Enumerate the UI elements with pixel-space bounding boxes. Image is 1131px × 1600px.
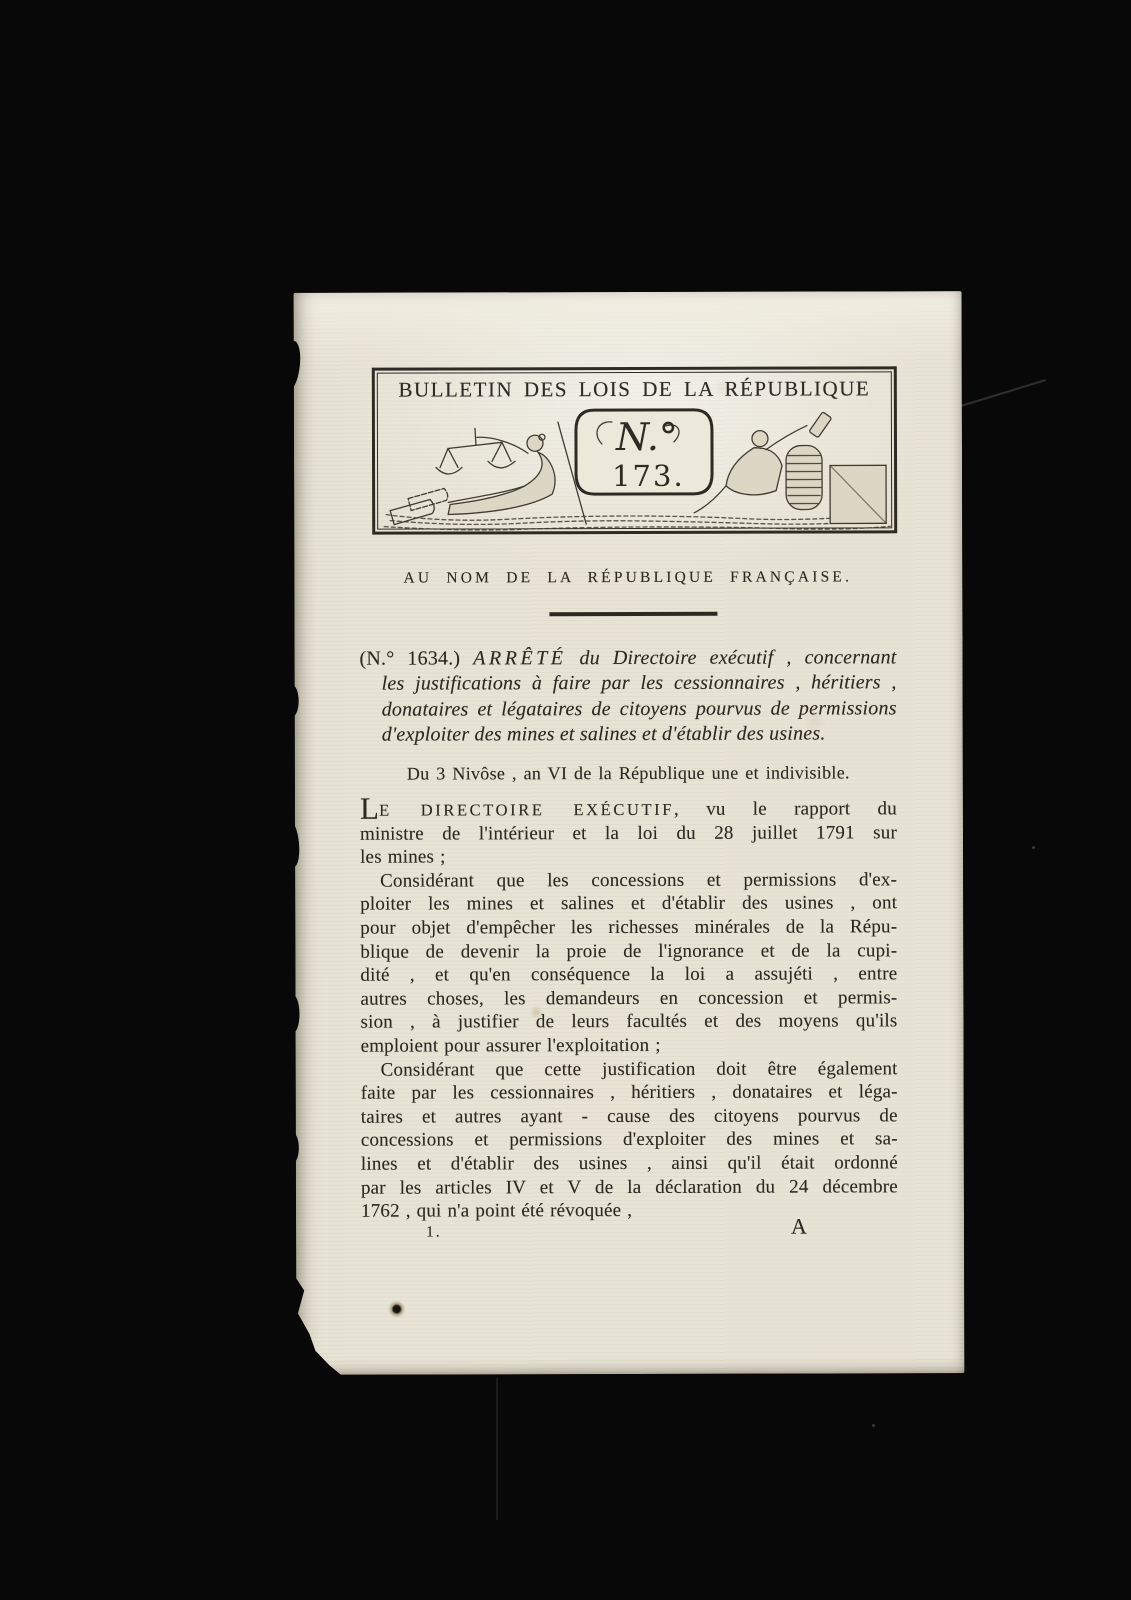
- torn-corner: [293, 1274, 351, 1378]
- act-body: LE DIRECTOIRE EXÉCUTIF, vu le rapport du…: [360, 797, 898, 1223]
- drop-initial: L: [360, 791, 379, 826]
- text-line: faite par les cessionnaires , héritiers …: [361, 1080, 898, 1105]
- masthead-banner: BULLETIN DES LOIS DE LA RÉPUBLIQUE: [372, 366, 897, 534]
- text-line: donataires et légataires de citoyens pou…: [360, 696, 897, 723]
- text-line: les justifications à faire par les cessi…: [360, 671, 897, 698]
- issue-number: 173.: [612, 459, 685, 493]
- photo-background: BULLETIN DES LOIS DE LA RÉPUBLIQUE: [0, 0, 1131, 1600]
- justice-figure-icon: [390, 422, 586, 525]
- text-line: Considérant que les concessions et permi…: [360, 868, 897, 893]
- fasces-figure-icon: [694, 412, 886, 524]
- intro-tail: , vu le rapport du: [674, 798, 897, 820]
- scratch-mark: [954, 379, 1046, 409]
- torn-edge-notch: [280, 340, 303, 392]
- act-type-word: ARRÊTÉ: [473, 647, 566, 669]
- scratch-mark: [496, 1378, 498, 1520]
- text-line: les mines ;: [360, 844, 897, 869]
- text-line: ministre de l'intérieur et la loi du 28 …: [360, 821, 897, 846]
- text-line: emploient pour assurer l'exploitation ;: [361, 1033, 898, 1058]
- act-heading-tail: du Directoire exécutif , concernant: [579, 646, 896, 669]
- dust-speck: [872, 1424, 875, 1427]
- text-line: (N.° 1634.) ARRÊTÉ du Directoire exécuti…: [360, 645, 897, 672]
- torn-edge-notch: [287, 1133, 299, 1163]
- torn-edge-notch: [286, 685, 299, 717]
- text-line: taires et autres ayant - cause des citoy…: [361, 1104, 898, 1129]
- torn-edge-notch: [283, 820, 301, 867]
- text-line: LE DIRECTOIRE EXÉCUTIF, vu le rapport du: [360, 797, 897, 822]
- act-number: (N.° 1634.): [360, 647, 461, 669]
- text-line: Considérant que cette justification doit…: [361, 1057, 898, 1082]
- masthead-vignette: N.° 173.: [378, 405, 897, 533]
- gathering-mark: 1.: [426, 1223, 442, 1241]
- act-date: Du 3 Nivôse , an VI de la République une…: [360, 762, 897, 784]
- text-line: ploiter les mines et salines et d'établi…: [360, 892, 897, 917]
- text-line: autres choses, les demandeurs en concess…: [360, 986, 897, 1011]
- text-line: concessions et permissions d'exploiter d…: [361, 1128, 898, 1153]
- torn-edge-notch: [286, 995, 299, 1033]
- masthead-title: BULLETIN DES LOIS DE LA RÉPUBLIQUE: [375, 376, 894, 402]
- paper-hole: [388, 1301, 405, 1318]
- issue-cartouche: N.° 173.: [576, 410, 712, 494]
- text-line: pour objet d'empêcher les richesses miné…: [360, 915, 897, 940]
- catchword: A: [791, 1214, 807, 1240]
- text-line: lines et d'établir des usines , ainsi qu…: [361, 1151, 898, 1176]
- intro-small-caps: E DIRECTOIRE EXÉCUTIF: [379, 800, 674, 820]
- divider-rule: [549, 612, 717, 616]
- issue-label: N.°: [615, 415, 678, 459]
- text-line: d'exploiter des mines et salines et d'ét…: [360, 722, 897, 749]
- text-line: par les articles IV et V de la déclarati…: [361, 1175, 898, 1200]
- text-line: 1762 , qui n'a point été révoquée ,: [361, 1198, 898, 1223]
- document-page: BULLETIN DES LOIS DE LA RÉPUBLIQUE: [294, 291, 965, 1375]
- ground-hatching: [384, 513, 890, 530]
- text-line: dité , et qu'en conséquence la loi a ass…: [360, 962, 897, 987]
- republic-motto: AU NOM DE LA RÉPUBLIQUE FRANÇAISE.: [359, 568, 896, 587]
- dust-speck: [1032, 846, 1035, 849]
- text-line: blique de devenir la proie de l'ignoranc…: [360, 939, 897, 964]
- act-heading: (N.° 1634.) ARRÊTÉ du Directoire exécuti…: [360, 645, 897, 748]
- text-line: sion , à justifier de leurs facultés et …: [360, 1010, 897, 1035]
